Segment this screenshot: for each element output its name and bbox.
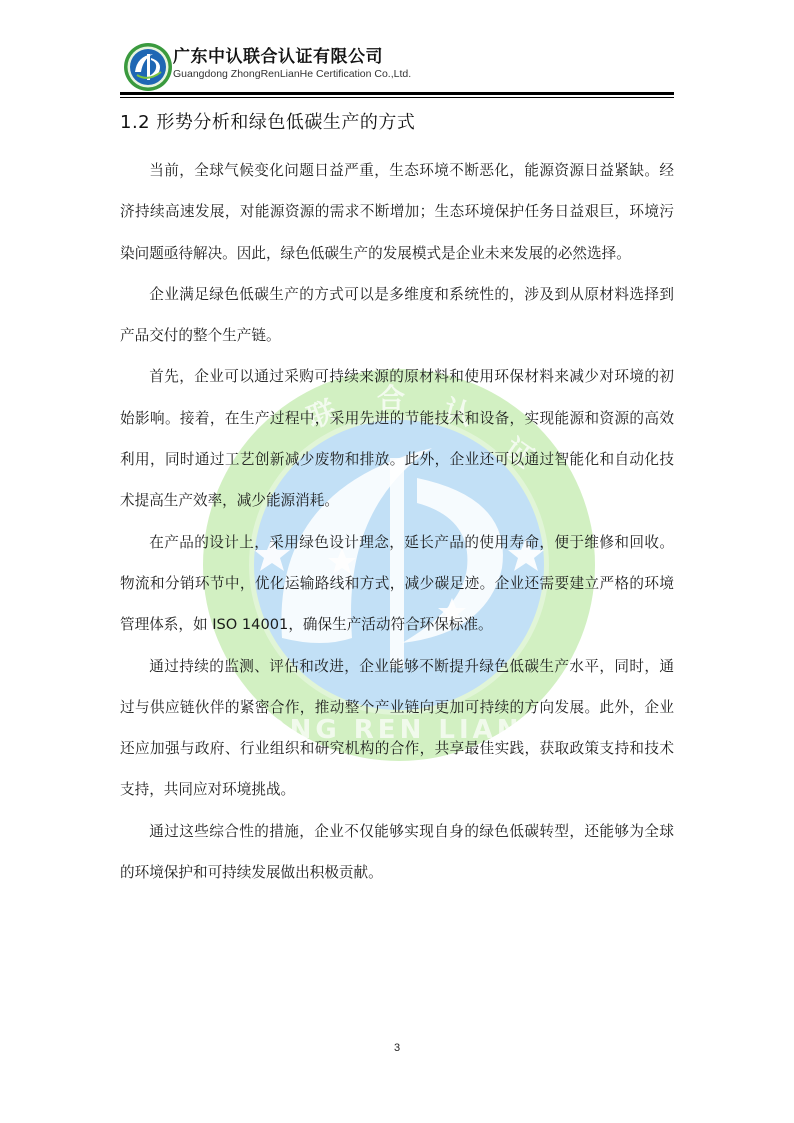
certification-seal-logo-icon [123,42,173,92]
header-rule-thick [120,92,674,95]
page-content: 1.2 形势分析和绿色低碳生产的方式 当前，全球气候变化问题日益严重，生态环境不… [120,100,674,893]
page-header: 广东中认联合认证有限公司 Guangdong ZhongRenLianHe Ce… [120,38,674,98]
paragraph: 在产品的设计上，采用绿色设计理念，延长产品的使用寿命，便于维修和回收。物流和分销… [120,522,674,646]
paragraph: 通过这些综合性的措施，企业不仅能够实现自身的绿色低碳转型，还能够为全球的环境保护… [120,811,674,894]
paragraph: 首先，企业可以通过采购可持续来源的原材料和使用环保材料来减少对环境的初始影响。接… [120,356,674,521]
paragraph: 企业满足绿色低碳生产的方式可以是多维度和系统性的，涉及到从原材料选择到产品交付的… [120,274,674,357]
document-page: 广东中认联合认证有限公司 Guangdong ZhongRenLianHe Ce… [0,0,794,1123]
header-rule-thin [120,97,674,98]
paragraph: 通过持续的监测、评估和改进，企业能够不断提升绿色低碳生产水平，同时，通过与供应链… [120,646,674,811]
section-title: 1.2 形势分析和绿色低碳生产的方式 [120,100,674,140]
company-name-cn: 广东中认联合认证有限公司 [173,42,383,67]
paragraph: 当前，全球气候变化问题日益严重，生态环境不断恶化，能源资源日益紧缺。经济持续高速… [120,150,674,274]
page-number: 3 [0,1042,794,1054]
company-name-en: Guangdong ZhongRenLianHe Certification C… [173,68,411,80]
